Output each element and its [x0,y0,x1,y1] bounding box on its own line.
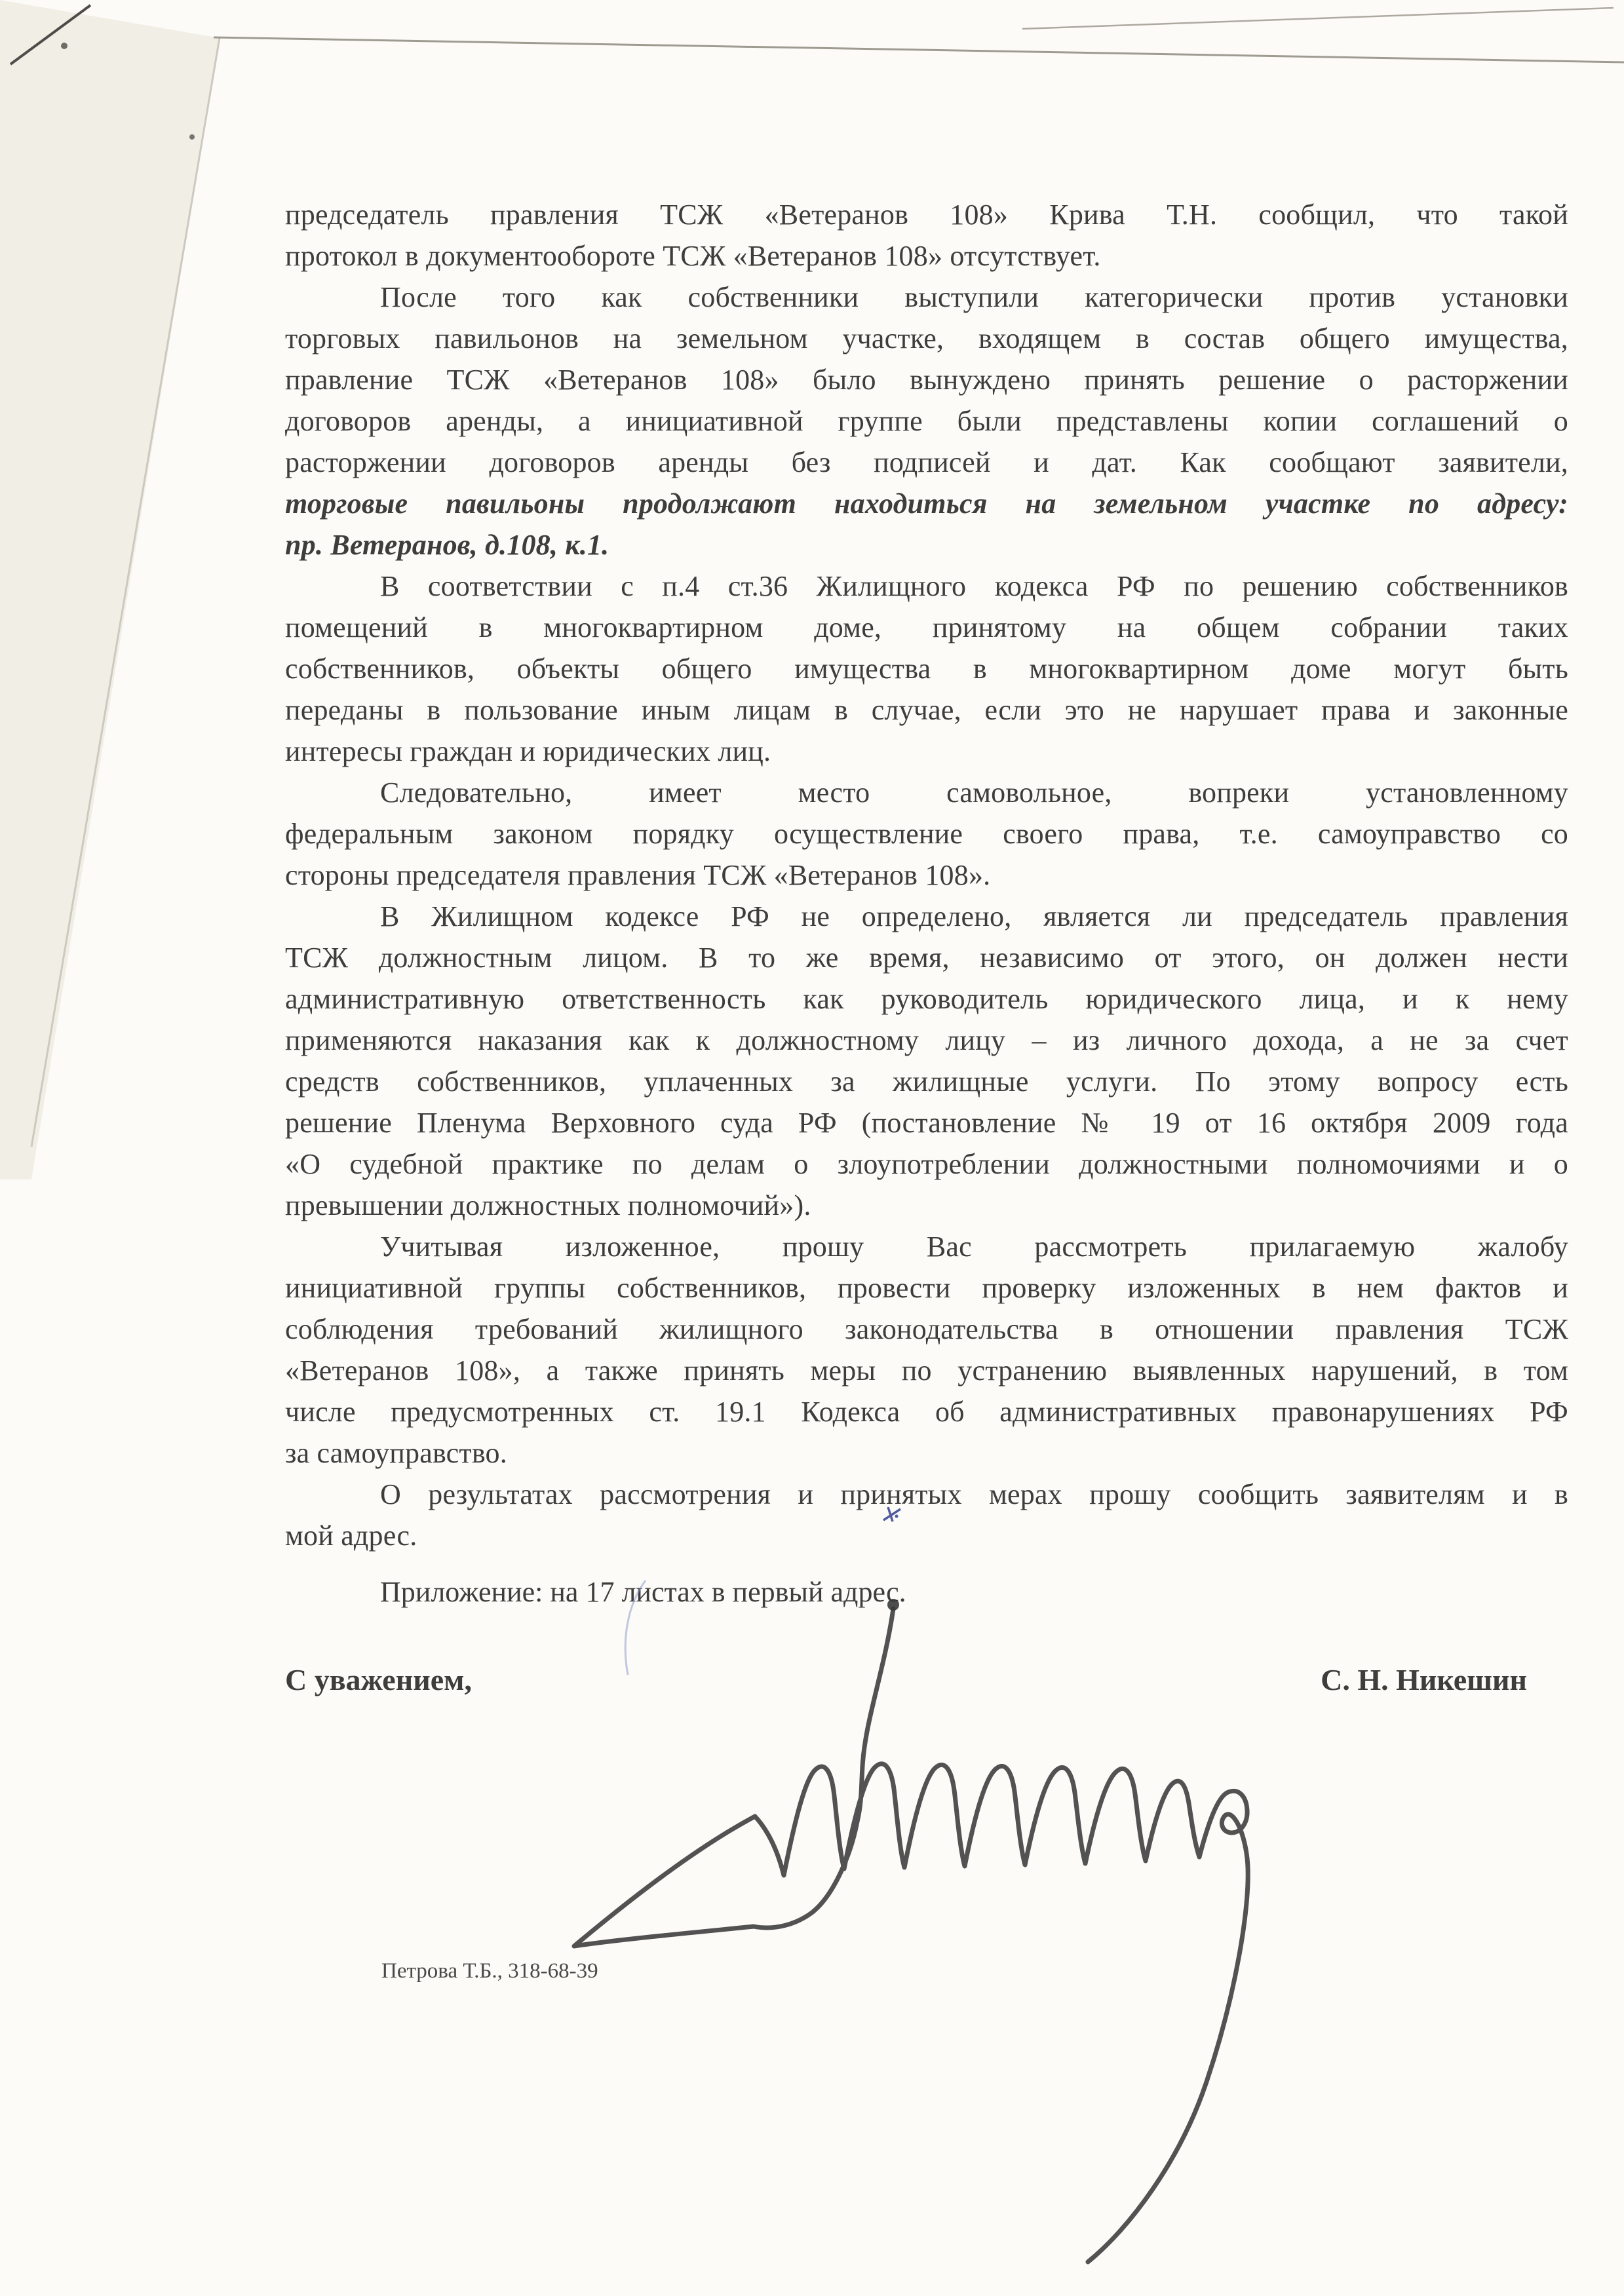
body-line: В Жилищном кодексе РФ не определено, явл… [285,896,1568,937]
body-line: правление ТСЖ «Ветеранов 108» было вынуж… [285,359,1568,400]
body-line: федеральным законом порядку осуществлени… [285,813,1568,854]
body-line: числе предусмотренных ст. 19.1 Кодекса о… [285,1391,1568,1432]
body-line: «О судебной практике по делам о злоупотр… [285,1143,1568,1185]
body-line: помещений в многоквартирном доме, принят… [285,607,1568,648]
footer-contact: Петрова Т.Б., 318-68-39 [381,1958,598,1984]
body-line: за самоуправство. [285,1432,1568,1474]
body-line: собственников, объекты общего имущества … [285,648,1568,689]
body-line: переданы в пользование иным лицам в случ… [285,689,1568,731]
body-line: председатель правления ТСЖ «Ветеранов 10… [285,194,1568,235]
body-line: Учитывая изложенное, прошу Вас рассмотре… [285,1226,1568,1267]
signatory-name: С. Н. Никешин [1321,1659,1527,1701]
body-line: решение Пленума Верховного суда РФ (пост… [285,1102,1568,1143]
body-line: применяются наказания как к должностному… [285,1020,1568,1061]
body-line: превышении должностных полномочий»). [285,1185,1568,1226]
attachment-note: Приложение: на 17 листах в первый адрес. [380,1571,906,1613]
body-line: Следовательно, имеет место самовольное, … [285,772,1568,813]
body-line: договоров аренды, а инициативной группе … [285,400,1568,442]
letter-body: председатель правления ТСЖ «Ветеранов 10… [285,194,1568,1556]
body-line: ТСЖ должностным лицом. В то же время, не… [285,937,1568,978]
signature-stroke [574,1609,1248,2262]
body-line: О результатах рассмотрения и принятых ме… [285,1474,1568,1515]
body-line: интересы граждан и юридических лиц. [285,731,1568,772]
body-line: «Ветеранов 108», а также принять меры по… [285,1350,1568,1391]
body-line: После того как собственники выступили ка… [285,277,1568,318]
body-line: соблюдения требований жилищного законода… [285,1309,1568,1350]
body-line: административную ответственность как рук… [285,978,1568,1020]
body-line: В соответствии с п.4 ст.36 Жилищного код… [285,565,1568,607]
scanned-letter-page: { "document": { "body_lines": [ {"text":… [0,0,1624,2296]
closing-row: С уважением, С. Н. Никешин [285,1659,1527,1701]
body-line: средств собственников, уплаченных за жил… [285,1061,1568,1102]
body-line: расторжении договоров аренды без подписе… [285,442,1568,483]
second-sheet-edge-line [1022,8,1614,29]
body-line: протокол в документообороте ТСЖ «Ветеран… [285,235,1568,277]
scan-corner-background [0,0,275,1179]
page-top-edge-line [214,37,1624,62]
body-line: инициативной группы собственников, прове… [285,1267,1568,1309]
body-line: пр. Ветеранов, д.108, к.1. [285,524,1568,565]
body-line: мой адрес. [285,1515,1568,1556]
closing-salutation: С уважением, [285,1659,472,1701]
body-line: торговых павильонов на земельном участке… [285,318,1568,359]
body-line: торговые павильоны продолжают находиться… [285,483,1568,524]
body-line: стороны председателя правления ТСЖ «Вете… [285,854,1568,896]
